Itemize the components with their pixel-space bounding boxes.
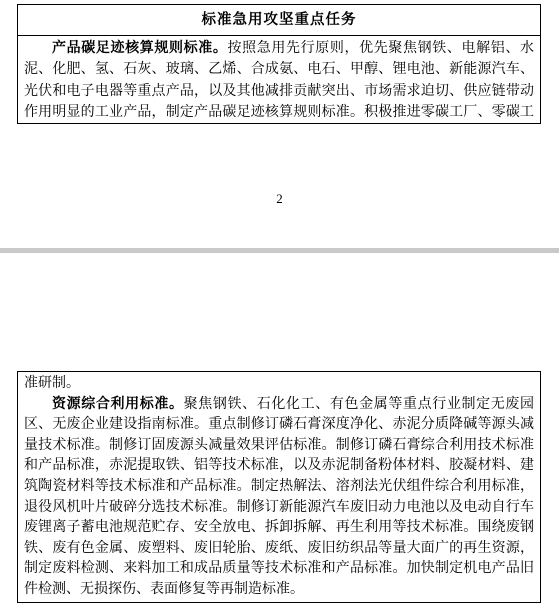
paragraph-resource-utilization: 资源综合利用标准。聚焦钢铁、石化化工、有色金属等重点行业制定无废园区、无废企业建…: [24, 395, 534, 601]
table-title: 标准急用攻坚重点任务: [18, 5, 540, 36]
paragraph-carbon-footprint: 产品碳足迹核算规则标准。按照急用先行原则，优先聚焦钢铁、电解铝、水泥、化肥、氢、…: [24, 38, 534, 123]
paragraph-carbon-footprint-lead: 产品碳足迹核算规则标准。: [52, 41, 228, 56]
paragraph-resource-utilization-lead: 资源综合利用标准。: [52, 397, 184, 412]
table-body-page2: 产品碳足迹核算规则标准。按照急用先行原则，优先聚焦钢铁、电解铝、水泥、化肥、氢、…: [18, 36, 540, 123]
document-viewer: 标准急用攻坚重点任务 产品碳足迹核算规则标准。按照急用先行原则，优先聚焦钢铁、电…: [0, 0, 559, 615]
paragraph-resource-utilization-body: 聚焦钢铁、石化化工、有色金属等重点行业制定无废园区、无废企业建设指南标准。重点制…: [24, 397, 534, 597]
page-break-separator: [0, 248, 559, 253]
page-number: 2: [0, 191, 559, 207]
key-tasks-table: 标准急用攻坚重点任务 产品碳足迹核算规则标准。按照急用先行原则，优先聚焦钢铁、电…: [17, 4, 541, 124]
key-tasks-table-continued: 准研制。 资源综合利用标准。聚焦钢铁、石化化工、有色金属等重点行业制定无废园区、…: [17, 371, 541, 603]
paragraph-carbon-footprint-continuation: 准研制。: [24, 374, 534, 395]
paragraph-carbon-footprint-continuation-text: 准研制。: [24, 376, 80, 391]
